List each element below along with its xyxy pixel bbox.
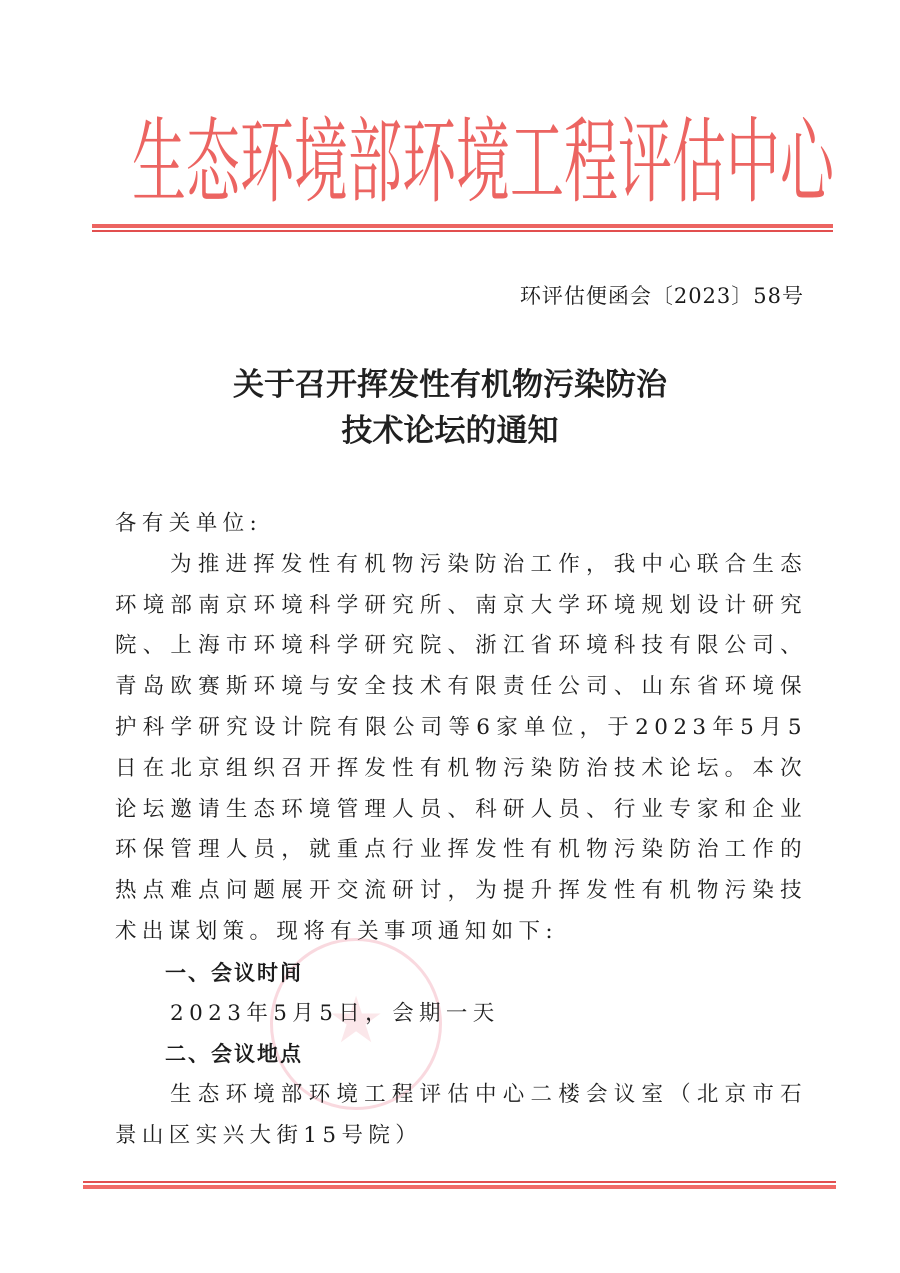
intro-paragraph: 为推进挥发性有机物污染防治工作，我中心联合生态环境部南京环境科学研究所、南京大学… (115, 545, 807, 953)
divider-thick-line (83, 1185, 836, 1189)
letterhead: 生 态 环 境 部 环 境 工 程 评 估 中 心 (132, 108, 792, 218)
letterhead-char: 环 (240, 117, 294, 210)
document-title: 关于召开挥发性有机物污染防治 技术论坛的通知 (0, 362, 900, 454)
section-heading-location: 二、会议地点 (115, 1034, 807, 1075)
section-content-time: 2023年5月5日，会期一天 (115, 994, 807, 1035)
letterhead-char: 生 (132, 117, 186, 210)
letterhead-char: 态 (186, 117, 240, 210)
letterhead-char: 工 (510, 117, 564, 210)
salutation: 各有关单位: (115, 504, 807, 545)
footer-divider (83, 1181, 836, 1190)
divider-thin-line (83, 1181, 836, 1183)
letterhead-divider (92, 224, 833, 232)
letterhead-char: 境 (456, 117, 510, 210)
letterhead-char: 境 (294, 117, 348, 210)
letterhead-char: 部 (348, 117, 402, 210)
title-line-1: 关于召开挥发性有机物污染防治 (0, 362, 900, 408)
divider-thick-line (92, 224, 833, 228)
letterhead-char: 环 (402, 117, 456, 210)
document-page: 生 态 环 境 部 环 境 工 程 评 估 中 心 环评估便函会〔2023〕58… (0, 0, 900, 1273)
document-body: 各有关单位: 为推进挥发性有机物污染防治工作，我中心联合生态环境部南京环境科学研… (115, 504, 807, 1157)
letterhead-char: 程 (564, 117, 618, 210)
letterhead-char: 心 (780, 117, 834, 210)
title-line-2: 技术论坛的通知 (0, 408, 900, 454)
divider-thin-line (92, 230, 833, 232)
section-heading-time: 一、会议时间 (115, 953, 807, 994)
letterhead-char: 评 (618, 117, 672, 210)
letterhead-char: 估 (672, 117, 726, 210)
document-number: 环评估便函会〔2023〕58号 (520, 280, 804, 310)
section-content-location: 生态环境部环境工程评估中心二楼会议室（北京市石景山区实兴大街15号院） (115, 1075, 807, 1157)
letterhead-char: 中 (726, 117, 780, 210)
